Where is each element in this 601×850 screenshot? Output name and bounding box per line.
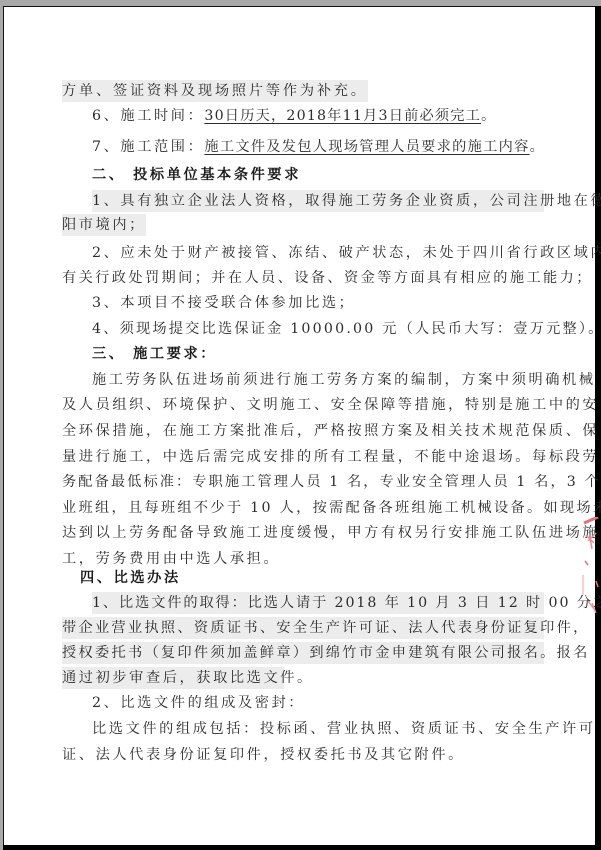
section2-item3: 3、本项目不接受联合体参加比选；: [92, 292, 355, 314]
construction-time-line: 6、施工时间：30日历天，2018年11月3日前必须完工。: [92, 105, 498, 127]
section4-item2: 2、比选文件的组成及密封：: [92, 692, 305, 714]
section2-item1-line1: 1、具有独立企业法人资格，取得施工劳务企业资质，公司注册地在德: [92, 190, 544, 212]
section2-item1-line2: 阳市境内；: [62, 214, 146, 236]
section4-item1-line1: 1、比选文件的取得：比选人请于 2018 年 10 月 3 日 12 时 00 …: [92, 592, 544, 614]
red-seal-stamp: [582, 517, 600, 617]
section3-line2: 及人员组织、环境保护、文明施工、安全保障等措施，特别是施工中的安: [62, 394, 599, 416]
construction-scope-value: 施工文件及发包人现场管理人员要求的施工内容: [204, 139, 529, 155]
section2-item2-line2: 有关行政处罚期间；并在人员、设备、资金等方面具有相应的施工能力；: [62, 267, 593, 289]
section3-line7: 达到以上劳务配备导致施工进度缓慢，甲方有权另行安排施工队伍进场施: [62, 522, 599, 544]
construction-time-label: 6、施工时间：: [92, 108, 204, 124]
section3-line6: 业班组，且每班组不少于 10 人，按需配备各班组施工机械设备。如现场未: [62, 497, 601, 519]
section4-composition-line1: 比选文件的组成包括：投标函、营业执照、资质证书、安全生产许可: [92, 718, 596, 740]
section2-item2-line1: 2、应未处于财产被接管、冻结、破产状态，未处于四川省行政区域内: [92, 242, 601, 264]
section2-heading: 二、 投标单位基本条件要求: [92, 164, 301, 186]
period: 。: [530, 139, 547, 155]
section4-heading: 四、比选办法: [80, 567, 181, 589]
section4-composition-line2: 证、法人代表身份证复印件，授权委托书及其它附件。: [62, 744, 465, 766]
section3-line1: 施工劳务队伍进场前须进行施工劳务方案的编制，方案中须明确机械: [92, 369, 596, 391]
section3-line3: 全环保措施，在施工方案批准后，严格按照方案及相关技术规范保质、保: [62, 420, 599, 442]
paragraph-continuation: 方单、签证资料及现场照片等作为补充。: [62, 80, 368, 102]
section3-line4: 量进行施工，中选后需完成安排的所有工程量，不能中途退场。每标段劳: [62, 446, 599, 468]
document-page: 方单、签证资料及现场照片等作为补充。 6、施工时间：30日历天，2018年11月…: [3, 6, 595, 845]
construction-scope-line: 7、施工范围：施工文件及发包人现场管理人员要求的施工内容。: [92, 136, 546, 158]
section3-heading: 三、 施工要求：: [92, 343, 217, 365]
section3-line5: 务配备最低标准：专职施工管理人员 1 名，专业安全管理人员 1 名，3 个作: [62, 471, 601, 493]
section4-item1-line4: 通过初步审查后，获取比选文件。: [62, 667, 284, 689]
construction-time-value: 30日历天，2018年11月3日前必须完工: [204, 108, 481, 124]
construction-scope-label: 7、施工范围：: [92, 139, 204, 155]
section4-item1-line3: 授权委托书（复印件须加盖鲜章）到绵竹市金申建筑有限公司报名。报名: [62, 642, 544, 664]
period: 。: [481, 108, 498, 124]
section2-item4: 4、须现场提交比选保证金 10000.00 元（人民币大写：壹万元整）。: [92, 318, 601, 340]
section4-item1-line2: 带企业营业执照、资质证书、安全生产许可证、法人代表身份证复印件，: [62, 617, 544, 639]
